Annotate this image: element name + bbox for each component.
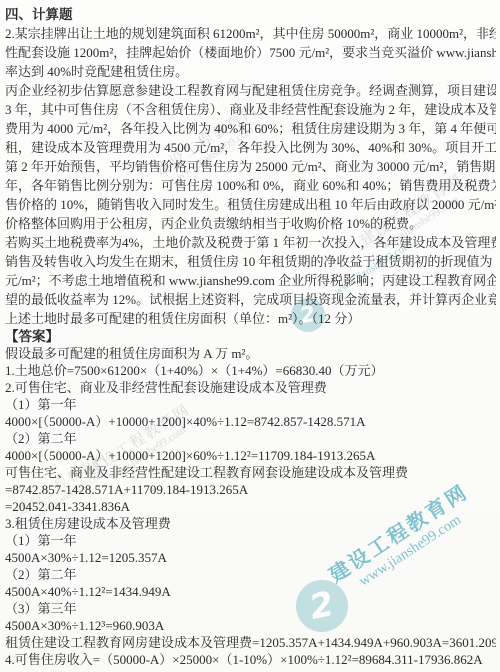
scanned-document-page: 建设工程教育网 www.jianshe99.com 建设工程教育网 www.ji… bbox=[0, 0, 500, 672]
answer-line: 1.土地总价=7500×61200×（1+40%）×（1+4%）=66830.4… bbox=[5, 362, 496, 379]
question-line: 上述土地时最多可配建的租赁住房面积（单位：m²）。（12 分） bbox=[5, 309, 496, 328]
answer-line: 租赁住建设工程教育网房建设成本及管理费=1205.357A+1434.949A+… bbox=[5, 634, 496, 651]
answer-line: 4000×[（50000-A）+10000+1200]×40%÷1.12=874… bbox=[5, 413, 496, 430]
question-line: 丙企业经初步估算愿意参建设工程教育网与配建租赁住房竞争。经调查测算，项目建设期为 bbox=[5, 81, 496, 100]
section-heading: 四、计算题 bbox=[5, 5, 496, 24]
answer-line: 4500A×30%÷1.12³=960.903A bbox=[5, 617, 496, 634]
answer-line: 4.可售住房收入=（50000-A）×25000×（1-10%）×100%÷1.… bbox=[5, 651, 496, 668]
question-line: 价格整体回购用于公租房，丙企业负责缴纳相当于收购价格 10%的税费。 bbox=[5, 214, 496, 233]
answer-line: 假设最多可配建的租赁住房面积为 A 万 m²。 bbox=[5, 345, 496, 362]
question-line: 费用为 4000 元/m²，各年投入比例为 40%和 60%；租赁住房建设期为 … bbox=[5, 119, 496, 138]
answer-line: 4000×[（50000-A）+10000+1200]×60%÷1.12²=11… bbox=[5, 447, 496, 464]
answer-line: （2）第二年 bbox=[5, 566, 496, 583]
answer-line: 2.可售住宅、商业及非经营性配套设施建设成本及管理费 bbox=[5, 379, 496, 396]
document-content: 四、计算题 2.某宗挂牌出让土地的规划建筑面积 61200m²，其中住房 500… bbox=[5, 5, 496, 668]
answer-label: 【答案】 bbox=[5, 328, 496, 345]
answer-line: （1）第一年 bbox=[5, 532, 496, 549]
question-line: 租，建设成本及管理费用为 4500 元/m²，各年投入比例为 30%、40%和 … bbox=[5, 138, 496, 157]
question-line: 元/m²；不考虑土地增值税和 www.jianshe99.com 企业所得税影响… bbox=[5, 271, 496, 290]
question-line: 售价格的 10%，随销售收入同时发生。租赁住房建成出租 10 年后由政府以 20… bbox=[5, 195, 496, 214]
answer-line: 4500A×40%÷1.12²=1434.949A bbox=[5, 583, 496, 600]
question-line: 3 年，其中可售住房（不含租赁住房）、商业及非经营性配套设施为 2 年，建设成本… bbox=[5, 100, 496, 119]
answer-line: 3.租赁住房建设成本及管理费 bbox=[5, 515, 496, 532]
answer-line: （2）第二年 bbox=[5, 430, 496, 447]
question-line: 望的最低收益率为 12%。试根据上述资料，完成项目投资现金流量表，并计算丙企业竟… bbox=[5, 290, 496, 309]
question-line: 第 2 年开始预售，平均销售价格可售住房为 25000 元/m²、商业为 300… bbox=[5, 157, 496, 176]
answer-line: （1）第一年 bbox=[5, 396, 496, 413]
question-line: 年，各年销售比例分别为：可售住房 100%和 0%，商业 60%和 40%；销售… bbox=[5, 176, 496, 195]
question-line: 销售及转售收入均发生在期末，租赁住房 10 年租赁期的净收益于租赁期初的折现值为… bbox=[5, 252, 496, 271]
answer-line: =20452.041-3341.836A bbox=[5, 498, 496, 515]
question-line: 性配套设施 1200m²，挂牌起始价（楼面地价）7500 元/m²，要求当竞买溢… bbox=[5, 43, 496, 62]
question-line: 2.某宗挂牌出让土地的规划建筑面积 61200m²，其中住房 50000m²，商… bbox=[5, 24, 496, 43]
question-line: 率达到 40%时竞配建租赁住房。 bbox=[5, 62, 496, 81]
answer-line: 4500A×30%÷1.12=1205.357A bbox=[5, 549, 496, 566]
answer-line: 可售住宅、商业及非经营性配建设工程教育网套设施建设成本及管理费 bbox=[5, 464, 496, 481]
answer-line: （3）第三年 bbox=[5, 600, 496, 617]
answer-line: =8742.857-1428.571A+11709.184-1913.265A bbox=[5, 481, 496, 498]
question-line: 若购买土地税费率为4%，土地价款及税费于第 1 年初一次投入，各年建设成本及管理… bbox=[5, 233, 496, 252]
